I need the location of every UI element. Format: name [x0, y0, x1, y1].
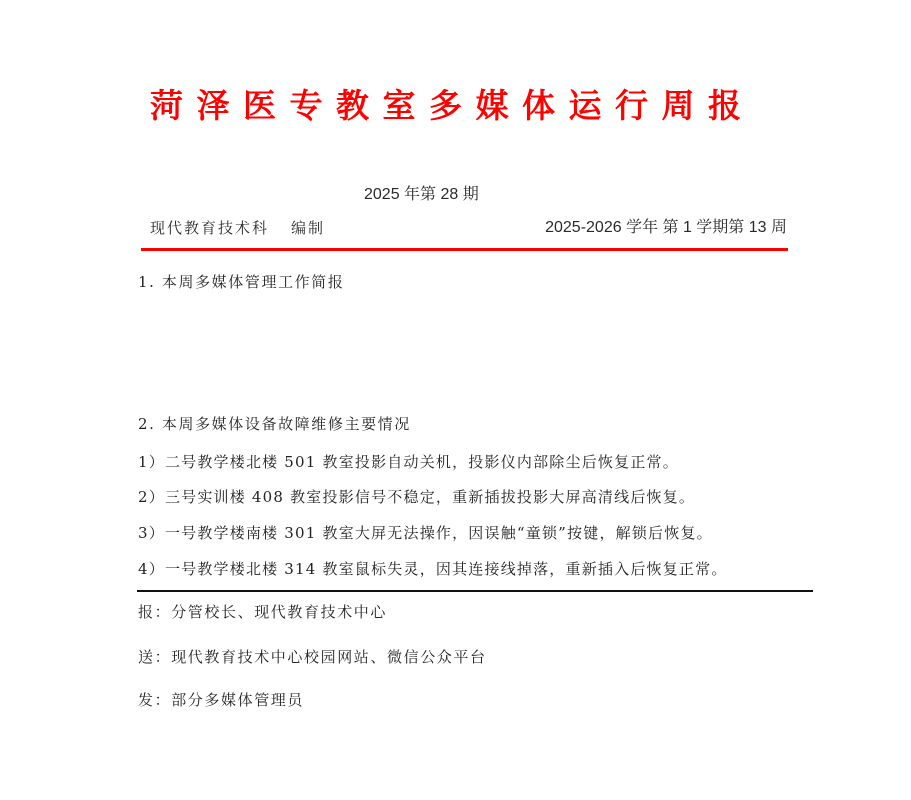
issue-number: 2025 年第 28 期: [364, 184, 479, 206]
editor-unit: 现代教育技术科: [150, 220, 269, 237]
send-to: 送：现代教育技术中心校园网站、微信公众平台: [138, 646, 487, 668]
repair-item: 4）一号教学楼北楼 314 教室鼠标失灵，因其连接线掉落，重新插入后恢复正常。: [138, 558, 728, 580]
footer-divider: [137, 590, 813, 592]
header-divider-red: [141, 248, 788, 251]
issue-to: 发：部分多媒体管理员: [138, 689, 304, 711]
repair-item: 1）二号教学楼北楼 501 教室投影自动关机，投影仪内部除尘后恢复正常。: [138, 451, 679, 473]
report-to: 报：分管校长、现代教育技术中心: [138, 601, 387, 623]
editor-line: 现代教育技术科编制: [150, 218, 325, 240]
academic-term: 2025-2026 学年 第 1 学期第 13 周: [545, 217, 787, 239]
section-heading-repairs: 2. 本周多媒体设备故障维修主要情况: [138, 413, 411, 435]
repair-item: 3）一号教学楼南楼 301 教室大屏无法操作，因误触“童锁”按键，解锁后恢复。: [138, 522, 713, 544]
repair-item: 2）三号实训楼 408 教室投影信号不稳定，重新插拔投影大屏高清线后恢复。: [138, 486, 695, 508]
document-title: 菏泽医专教室多媒体运行周报: [150, 84, 770, 128]
editor-action: 编制: [291, 220, 325, 237]
section-heading-work-brief: 1. 本周多媒体管理工作简报: [138, 271, 344, 293]
